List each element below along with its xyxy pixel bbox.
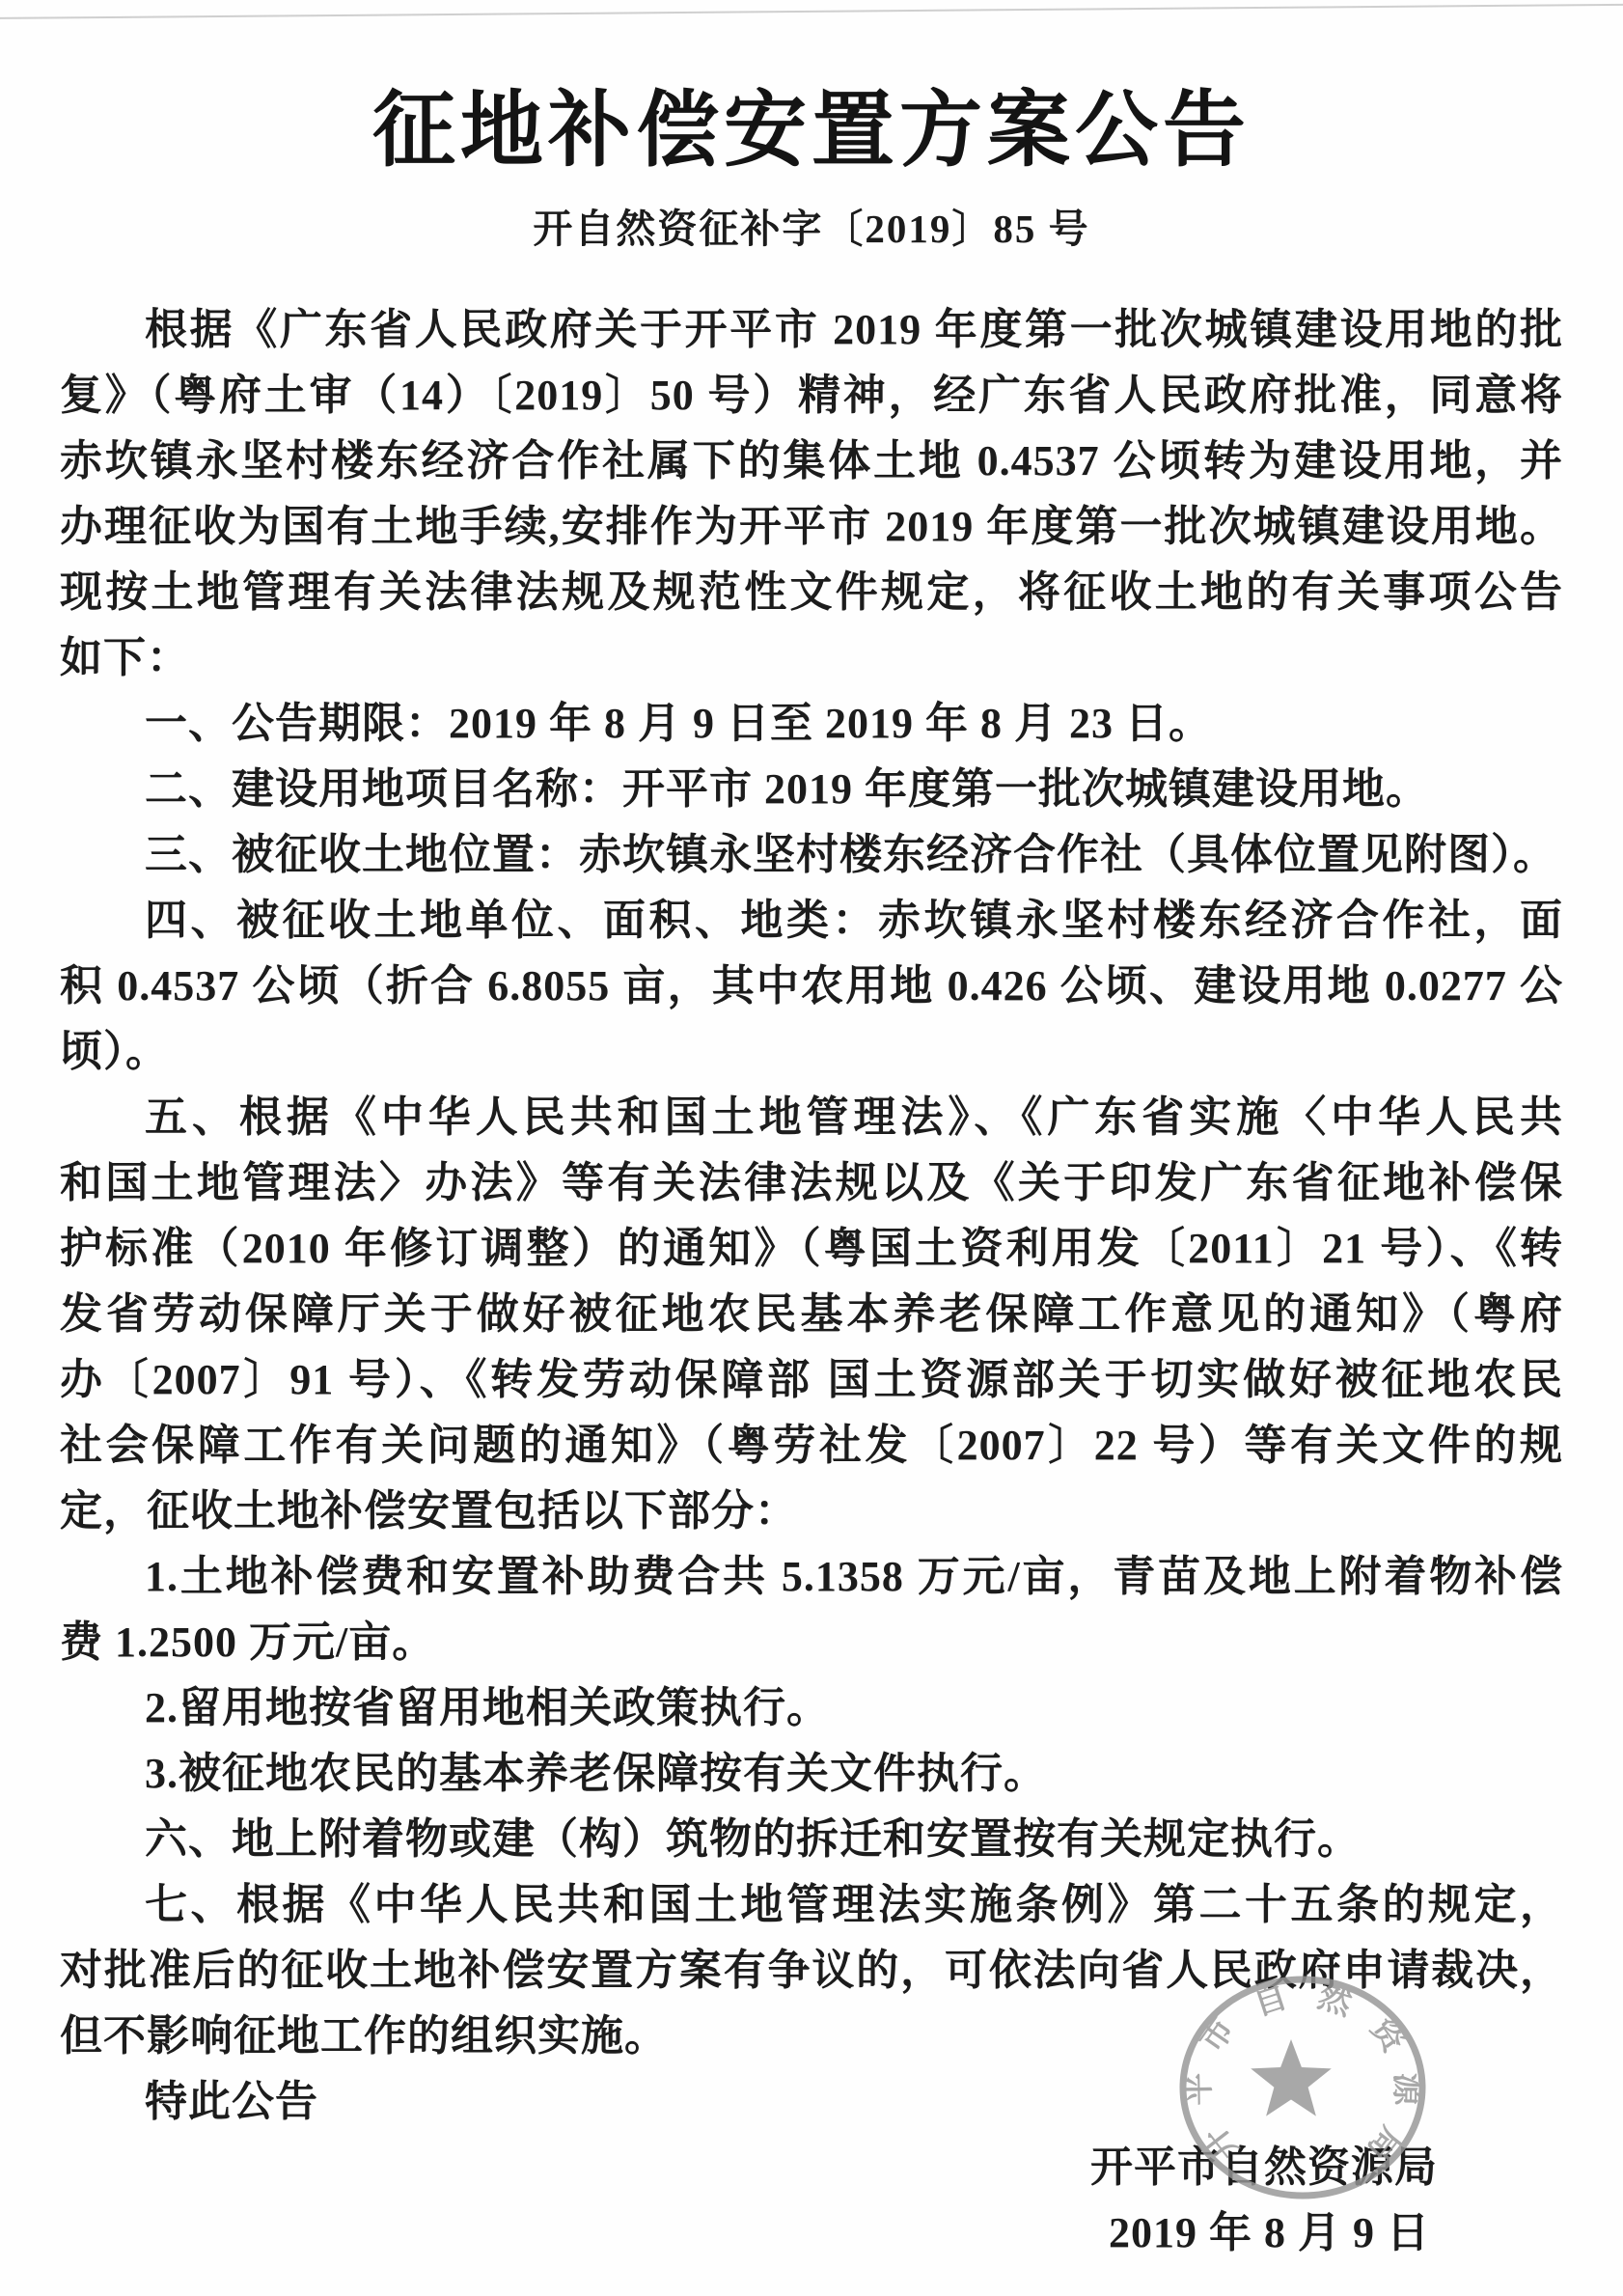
document-line: 2.留用地按省留用地相关政策执行。 — [60, 1675, 1563, 1741]
document-line: 复》（粤府土审（14）〔2019〕50 号）精神，经广东省人民政府批准，同意将 — [60, 363, 1563, 429]
document-line: 社会保障工作有关问题的通知》（粤劳社发〔2007〕22 号）等有关文件的规 — [60, 1413, 1563, 1479]
document-line: 定，征收土地补偿安置包括以下部分： — [60, 1479, 1563, 1544]
document-line: 1.土地补偿费和安置补助费合共 5.1358 万元/亩，青苗及地上附着物补偿 — [60, 1544, 1563, 1610]
document-line: 发省劳动保障厅关于做好被征地农民基本养老保障工作意见的通知》（粤府 — [60, 1282, 1563, 1347]
document-line: 七、根据《中华人民共和国土地管理法实施条例》第二十五条的规定， — [60, 1872, 1563, 1938]
signature-date: 2019 年 8 月 9 日 — [60, 2200, 1563, 2266]
document-line: 如下： — [60, 625, 1563, 691]
document-line: 对批准后的征收土地补偿安置方案有争议的，可依法向省人民政府申请裁决， — [60, 1938, 1563, 2004]
document-line: 赤坎镇永坚村楼东经济合作社属下的集体土地 0.4537 公顷转为建设用地，并 — [60, 429, 1563, 494]
document-line: 二、建设用地项目名称：开平市 2019 年度第一批次城镇建设用地。 — [60, 757, 1563, 822]
document-line: 积 0.4537 公顷（折合 6.8055 亩，其中农用地 0.426 公顷、建… — [60, 954, 1563, 1019]
document-line: 但不影响征地工作的组织实施。 — [60, 2004, 1563, 2069]
document-line: 办理征收为国有土地手续,安排作为开平市 2019 年度第一批次城镇建设用地。 — [60, 494, 1563, 560]
document-number: 开自然资征补字〔2019〕85 号 — [0, 206, 1623, 253]
document-line: 六、地上附着物或建（构）筑物的拆迁和安置按有关规定执行。 — [60, 1807, 1563, 1872]
document-body: 根据《广东省人民政府关于开平市 2019 年度第一批次城镇建设用地的批 复》（粤… — [60, 297, 1563, 2266]
scanned-announcement-page: 征地补偿安置方案公告 开自然资征补字〔2019〕85 号 根据《广东省人民政府关… — [0, 0, 1623, 2296]
document-line: 现按土地管理有关法律法规及规范性文件规定，将征收土地的有关事项公告 — [60, 560, 1563, 625]
document-title: 征地补偿安置方案公告 — [58, 85, 1565, 177]
scan-artifact-line — [0, 4, 1623, 19]
signature-agency: 开平市自然资源局 — [60, 2135, 1563, 2200]
document-line: 四、被征收土地单位、面积、地类：赤坎镇永坚村楼东经济合作社，面 — [60, 888, 1563, 954]
document-line: 3.被征地农民的基本养老保障按有关文件执行。 — [60, 1741, 1563, 1807]
document-line: 和国土地管理法〉办法》等有关法律法规以及《关于印发广东省征地补偿保 — [60, 1150, 1563, 1216]
document-line: 办〔2007〕91 号）、《转发劳动保障部 国土资源部关于切实做好被征地农民 — [60, 1347, 1563, 1413]
document-line: 护标准（2010 年修订调整）的通知》（粤国土资利用发〔2011〕21 号）、《… — [60, 1216, 1563, 1282]
document-line: 一、公告期限：2019 年 8 月 9 日至 2019 年 8 月 23 日。 — [60, 691, 1563, 757]
document-line: 五、根据《中华人民共和国土地管理法》、《广东省实施〈中华人民共 — [60, 1085, 1563, 1150]
document-line: 三、被征收土地位置：赤坎镇永坚村楼东经济合作社（具体位置见附图）。 — [60, 822, 1563, 888]
document-line: 费 1.2500 万元/亩。 — [60, 1610, 1563, 1675]
document-line: 根据《广东省人民政府关于开平市 2019 年度第一批次城镇建设用地的批 — [60, 297, 1563, 363]
document-line: 顷）。 — [60, 1019, 1563, 1085]
document-line: 特此公告 — [60, 2069, 1563, 2135]
